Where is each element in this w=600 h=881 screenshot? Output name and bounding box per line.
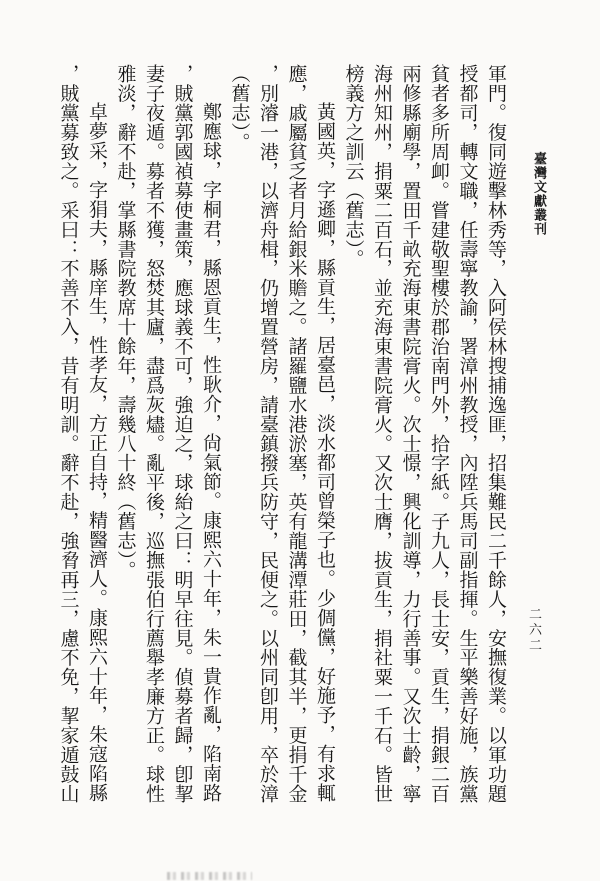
print-smudge [167, 872, 252, 880]
paragraph-zhuo-mengcai: 卓夢采，字狷夫，縣庠生，性孝友，方正自持，精醫濟人。康熙六十年，朱寇陷縣，賊黨募… [54, 64, 111, 805]
page-number: 二六二 [524, 607, 543, 654]
series-title: 臺灣文獻叢刊 [529, 152, 548, 236]
paragraph-huang-guoying: 黃國英，字遜卿，縣貢生，居臺邑，淡水都司曾榮子也。少倜儻，好施予，有求輒應，戚屬… [225, 64, 339, 805]
paragraph-zheng-yingqiu: 鄭應球，字桐君，縣恩貢生，性耿介，尙氣節。康熙六十年，朱一貴作亂，陷南路，賊黨郭… [111, 64, 225, 805]
book-page: 臺灣文獻叢刊 二六二 軍門。復同遊擊林秀等，入阿侯林搜捕逸匪，招集難民二千餘人，… [0, 0, 600, 881]
paragraph-continuation: 軍門。復同遊擊林秀等，入阿侯林搜捕逸匪，招集難民二千餘人，安撫復業。以軍功題授都… [339, 64, 510, 805]
body-text: 軍門。復同遊擊林秀等，入阿侯林搜捕逸匪，招集難民二千餘人，安撫復業。以軍功題授都… [54, 64, 510, 805]
